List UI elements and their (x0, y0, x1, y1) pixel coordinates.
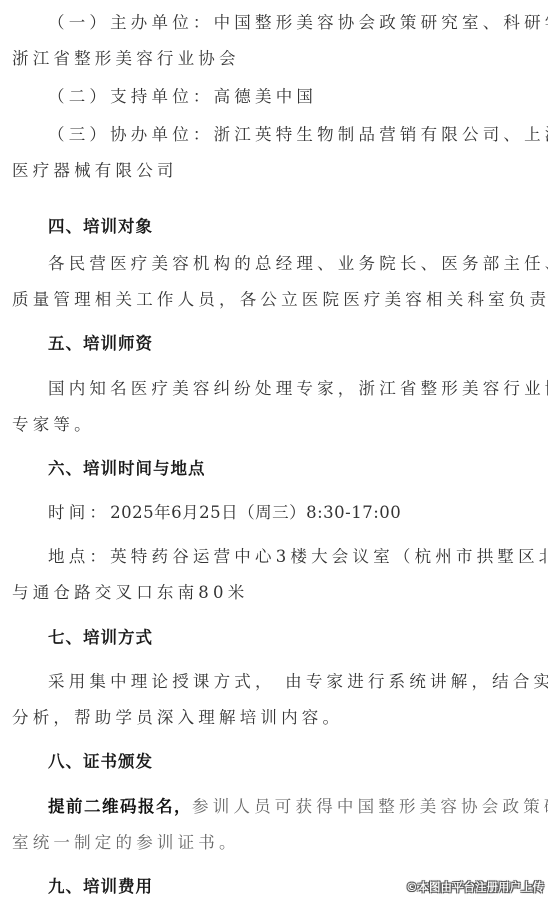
instructors-line-1: 国内知名医疗美容纠纷处理专家，浙江省整形美容行业协会 (48, 378, 548, 400)
method-line-1: 采用集中理论授课方式， 由专家进行系统讲解，结合实际案例 (48, 671, 548, 693)
method-line-2: 分析，帮助学员深入理解培训内容。 (12, 707, 343, 729)
upload-watermark: ©本图由平台注册用户上传 (406, 879, 544, 895)
certificate-line-1-rest: 参训人员可获得中国整形美容协会政策研究 (192, 797, 548, 816)
time-line: 时间：2025年6月25日（周三）8:30-17:00 (48, 502, 401, 524)
host-unit-line-1: （一）主办单位：中国整形美容协会政策研究室、科研学术部， (48, 12, 548, 34)
register-qr-emphasis: 提前二维码报名， (48, 797, 192, 816)
section-heading-certificate: 八、证书颁发 (48, 751, 153, 773)
section-heading-instructors: 五、培训师资 (48, 333, 153, 355)
section-heading-method: 七、培训方式 (48, 627, 153, 649)
instructors-line-2: 专家等。 (12, 414, 95, 436)
trainees-line-2: 质量管理相关工作人员，各公立医院医疗美容相关科室负责人。 (12, 289, 548, 311)
certificate-line-1: 提前二维码报名，参训人员可获得中国整形美容协会政策研究 (48, 796, 548, 818)
place-line-1: 地点：英特药谷运营中心3楼大会议室（杭州市拱墅区北站路 (48, 546, 548, 568)
certificate-line-2: 室统一制定的参训证书。 (12, 832, 240, 854)
trainees-line-1: 各民营医疗美容机构的总经理、业务院长、医务部主任、医疗 (48, 253, 548, 275)
section-heading-fee: 九、培训费用 (48, 876, 153, 898)
section-heading-trainees: 四、培训对象 (48, 216, 153, 238)
co-organizer-line-1: （三）协办单位：浙江英特生物制品营销有限公司、上海奕鸿 (48, 124, 548, 146)
host-unit-line-2: 浙江省整形美容行业协会 (12, 48, 240, 70)
support-unit: （二）支持单位：高德美中国 (48, 86, 317, 108)
place-line-2: 与通仓路交叉口东南80米 (12, 582, 248, 604)
time-label: 时间： (48, 503, 110, 522)
section-heading-time-place: 六、培训时间与地点 (48, 458, 206, 480)
co-organizer-line-2: 医疗器械有限公司 (12, 160, 178, 182)
time-value: 2025年6月25日（周三）8:30-17:00 (110, 503, 401, 522)
